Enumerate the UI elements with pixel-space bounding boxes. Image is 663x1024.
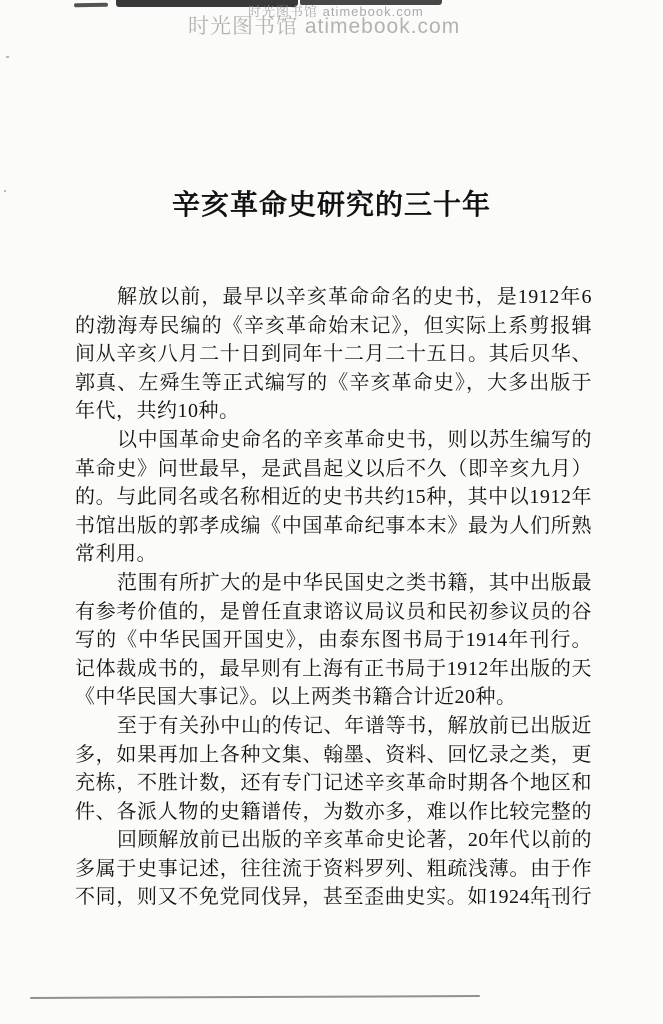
page-number: · 1 ·: [518, 895, 578, 913]
text-line: 年代，共约10种。: [75, 397, 592, 426]
text-line: 的。与此同名或名称相近的史书共约15种，其中以1912年商务印: [75, 483, 592, 512]
text-line: 多属于史事记述，往往流于资料罗列、粗疏浅薄。由于作者政见: [75, 855, 592, 884]
text-line: 的渤海寿民编的《辛亥革命始末记》，但实际上系剪报辑录，时: [75, 312, 592, 341]
text-line: 件、各派人物的史籍谱传，为数亦多，难以作比较完整的统计。: [75, 798, 592, 827]
text-line: 范围有所扩大的是中华民国史之类书籍，其中出版最早而较: [75, 569, 592, 598]
text-line: 常利用。: [75, 540, 592, 569]
text-line: 间从辛亥八月二十日到同年十二月二十五日。其后贝华、高劳、: [75, 340, 592, 369]
text-line: 不同，则又不免党同伐异，甚至歪曲史实。如1924年刊行的尚秉: [75, 883, 592, 912]
text-line: 《中华民国大事记》。以上两类书籍合计近20种。: [75, 683, 592, 712]
text-line: 解放以前，最早以辛亥革命命名的史书，是1912年6月刊行: [75, 283, 592, 312]
text-line: 有参考价值的，是曾任直隶谘议局议员和民初参议员的谷钟秀编: [75, 598, 592, 627]
text-line: 充栋，不胜计数，还有专门记述辛亥革命时期各个地区和各类事: [75, 769, 592, 798]
text-line: 多，如果再加上各种文集、翰墨、资料、回忆录之类，更是汗牛: [75, 741, 592, 770]
page-title: 辛亥革命史研究的三十年: [0, 183, 663, 223]
body-text: 解放以前，最早以辛亥革命命名的史书，是1912年6月刊行的渤海寿民编的《辛亥革命…: [75, 283, 592, 912]
text-line: 书馆出版的郭孝成编《中国革命纪事本末》最为人们所熟悉和经: [75, 512, 592, 541]
text-line: 回顾解放前已出版的辛亥革命史论著，20年代以前的作品大: [75, 826, 592, 855]
text-line: 以中国革命史命名的辛亥革命史书，则以苏生编写的《中国: [75, 426, 592, 455]
scan-smudge-artifact: [74, 3, 108, 8]
text-line: 记体裁成书的，最早则有上海有正书局于1912年出版的天笑生编: [75, 655, 592, 684]
text-line: 至于有关孙中山的传记、年谱等书，解放前已出版近50种之: [75, 712, 592, 741]
text-line: 革命史》问世最早，是武昌起义以后不久（即辛亥九月）出版: [75, 455, 592, 484]
text-line: 写的《中华民国开国史》，由泰东图书局于1914年刊行。以大事: [75, 626, 592, 655]
scanned-book-page: 时光图书馆 atimebook.com 时光图书馆 atimebook.com …: [0, 0, 663, 1024]
scan-speck-artifact: [6, 56, 9, 58]
scan-streak-artifact: [30, 995, 480, 999]
text-line: 郭真、左舜生等正式编写的《辛亥革命史》，大多出版于20—30: [75, 369, 592, 398]
watermark: 时光图书馆 atimebook.com: [188, 10, 460, 40]
